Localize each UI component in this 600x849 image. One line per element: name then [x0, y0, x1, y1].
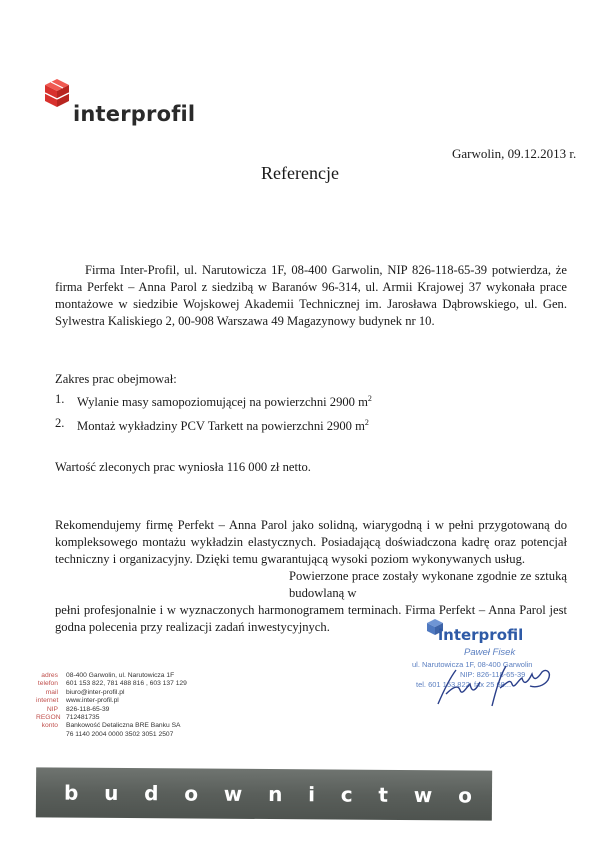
- banner-letter: c: [341, 783, 353, 807]
- cube-logo-icon: [44, 78, 70, 108]
- contact-value: Bankowość Detaliczna BRE Banku SA: [66, 722, 181, 730]
- contact-row: REGON712481735: [36, 714, 187, 722]
- banner-letter: n: [268, 782, 282, 806]
- contact-label: [36, 731, 58, 739]
- banner-letter: w: [224, 782, 243, 806]
- contact-label: NIP: [36, 706, 58, 714]
- banner-letter: u: [104, 781, 118, 805]
- banner-letter: b: [64, 781, 78, 805]
- banner-letter: w: [414, 783, 433, 807]
- contact-label: adres: [36, 672, 58, 680]
- stamp-brand: interprofil: [438, 626, 523, 644]
- scope-list: 1.Wylanie masy samopoziomującej na powie…: [55, 387, 372, 435]
- contact-label: telefon: [36, 680, 58, 688]
- contact-label: mail: [36, 689, 58, 697]
- footer-banner: budownictwo: [36, 767, 492, 820]
- document-title: Referencje: [0, 163, 600, 184]
- contact-row: adres08-400 Garwolin, ul. Narutowicza 1F: [36, 672, 187, 680]
- contact-label: konto: [36, 722, 58, 730]
- logo-text: interprofil: [73, 102, 195, 126]
- place-date: Garwolin, 09.12.2013 r.: [452, 146, 576, 162]
- contact-row: telefon601 153 822, 781 488 816 , 603 13…: [36, 680, 187, 688]
- contact-label: REGON: [36, 714, 58, 722]
- banner-letter: t: [378, 783, 388, 807]
- banner-letter: d: [144, 781, 158, 805]
- scope-label: Zakres prac obejmował:: [55, 372, 177, 387]
- contact-block: adres08-400 Garwolin, ul. Narutowicza 1F…: [36, 672, 187, 739]
- contact-value: 826-118-65-39: [66, 706, 109, 714]
- banner-letter: o: [458, 783, 472, 807]
- contact-row: NIP826-118-65-39: [36, 706, 187, 714]
- stamp-name: Paweł Fisek: [464, 647, 515, 658]
- contact-value: www.inter-profil.pl: [66, 697, 119, 705]
- contract-value: Wartość zleconych prac wyniosła 116 000 …: [55, 460, 311, 475]
- banner-letter: i: [308, 782, 315, 806]
- contact-label: internet: [36, 697, 58, 705]
- banner-letter: o: [184, 781, 198, 805]
- contact-row: 76 1140 2004 0000 3502 3051 2507: [36, 731, 187, 739]
- contact-value: 76 1140 2004 0000 3502 3051 2507: [66, 731, 173, 739]
- contact-value: biuro@inter-profil.pl: [66, 689, 124, 697]
- contact-value: 601 153 822, 781 488 816 , 603 137 129: [66, 680, 187, 688]
- company-logo: interprofil: [40, 78, 200, 128]
- signature-icon: [430, 660, 560, 708]
- banner-text: budownictwo: [64, 768, 472, 821]
- contact-value: 08-400 Garwolin, ul. Narutowicza 1F: [66, 672, 174, 680]
- scope-item: 2.Montaż wykładziny PCV Tarkett na powie…: [55, 411, 372, 435]
- contact-row: kontoBankowość Detaliczna BRE Banku SA: [36, 722, 187, 730]
- intro-paragraph: Firma Inter-Profil, ul. Narutowicza 1F, …: [55, 262, 567, 330]
- contact-value: 712481735: [66, 714, 99, 722]
- contact-row: mailbiuro@inter-profil.pl: [36, 689, 187, 697]
- scope-item: 1.Wylanie masy samopoziomującej na powie…: [55, 387, 372, 411]
- contact-row: internetwww.inter-profil.pl: [36, 697, 187, 705]
